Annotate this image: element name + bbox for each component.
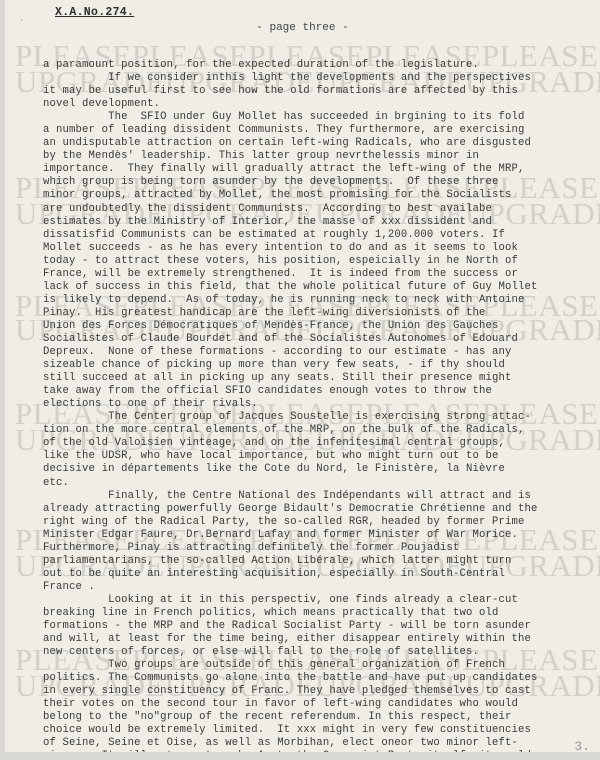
text-line: tion on the more central elements of the… xyxy=(43,424,583,437)
text-line: of Seine, Seine et Oise, as well as Morb… xyxy=(43,737,583,750)
text-line: out to be quite an interesting acquisiti… xyxy=(43,568,583,581)
text-line: right wing of the Radical Party, the so-… xyxy=(43,516,583,529)
text-line: parliamentarians, the so-called Action L… xyxy=(43,555,583,568)
document-page: PLEASE PLEASE PLEASE PLEASE PLEASE UPGRA… xyxy=(5,0,600,752)
text-line: and will, at least for the time being, e… xyxy=(43,633,583,646)
text-line: France . xyxy=(43,581,583,594)
text-line: Looking at it in this perspectiv, one fi… xyxy=(43,594,583,607)
page-label: - page three - xyxy=(5,22,600,34)
text-line: Finally, the Centre National des Indépen… xyxy=(43,490,583,503)
text-line: choice would be extremely limited. It xx… xyxy=(43,724,583,737)
text-line: The SFIO under Guy Mollet has succeeded … xyxy=(43,111,583,124)
text-line: If we consider inthis light the developm… xyxy=(43,72,583,85)
text-line: their votes on the second tour in favor … xyxy=(43,698,583,711)
text-line: Two groups are outside of this general o… xyxy=(43,659,583,672)
text-line: estimates by the Ministry of Interior, t… xyxy=(43,216,583,229)
text-line: Furthermore, Pinay is attracting definit… xyxy=(43,542,583,555)
text-line: is likely to depend. As of today, he is … xyxy=(43,294,583,307)
text-line: The Center group of Jacques Soustelle is… xyxy=(43,411,583,424)
text-line: it may be useful first to see how the ol… xyxy=(43,85,583,98)
text-line: breaking line in French politics, which … xyxy=(43,607,583,620)
text-line: Minister Edgar Faure, Dr.Bernard Lafay a… xyxy=(43,529,583,542)
text-line: Union des Forces Démocratiques of Mendès… xyxy=(43,320,583,333)
text-line: new centers of forces, or else will fall… xyxy=(43,646,583,659)
text-line: today - to attract these voters, his pos… xyxy=(43,255,583,268)
text-line: minor groups, attracted by Mollet, the m… xyxy=(43,189,583,202)
text-line: a paramount position, for the expected d… xyxy=(43,59,583,72)
text-line: which group is being torn asunder by the… xyxy=(43,176,583,189)
text-line: an undisputable attraction on certain le… xyxy=(43,137,583,150)
text-line: take away from the official SFIO candida… xyxy=(43,385,583,398)
text-line: sizeable chance of picking up more than … xyxy=(43,359,583,372)
text-line: Depreux. None of these formations - acco… xyxy=(43,346,583,359)
text-line: of the old Valoisien vinteage, and on th… xyxy=(43,437,583,450)
text-line: lack of success in this field, that the … xyxy=(43,281,583,294)
text-line: etc. xyxy=(43,477,583,490)
text-line: are undoubtedly the dissident Communists… xyxy=(43,203,583,216)
page-number: 3. xyxy=(574,739,590,752)
text-line: still succeed at all in picking up any s… xyxy=(43,372,583,385)
text-line: like the UDSR, who have local importance… xyxy=(43,450,583,463)
text-line: by the Mendès' leadership. This latter g… xyxy=(43,150,583,163)
text-line: decisive in départements like the Cote d… xyxy=(43,463,583,476)
text-line: Pinay. His greatest handicap are the lef… xyxy=(43,307,583,320)
text-line: Socialistes of Claude Bourdet and of the… xyxy=(43,333,583,346)
text-line: politics. The Communists go alone into t… xyxy=(43,672,583,685)
text-line: novel development. xyxy=(43,98,583,111)
text-line: a number of leading dissident Communists… xyxy=(43,124,583,137)
document-reference: X.A.No.274. xyxy=(55,6,134,19)
text-line: Mollet succeeds - as he has every intent… xyxy=(43,242,583,255)
text-line: importance. They finally will gradually … xyxy=(43,163,583,176)
document-body: a paramount position, for the expected d… xyxy=(43,59,583,752)
text-line: dissatisfid Communists can be estimated … xyxy=(43,229,583,242)
text-line: belong to the "no"group of the recent re… xyxy=(43,711,583,724)
text-line: elections to one of their rivals. xyxy=(43,398,583,411)
text-line: in every single constituency of Franc. T… xyxy=(43,685,583,698)
text-line: already attracting powerfully George Bid… xyxy=(43,503,583,516)
text-line: formations - the MRP and the Radical Soc… xyxy=(43,620,583,633)
text-line: France, will be extremely strengthened. … xyxy=(43,268,583,281)
text-line: wingers. It will not count much. As to t… xyxy=(43,750,583,752)
